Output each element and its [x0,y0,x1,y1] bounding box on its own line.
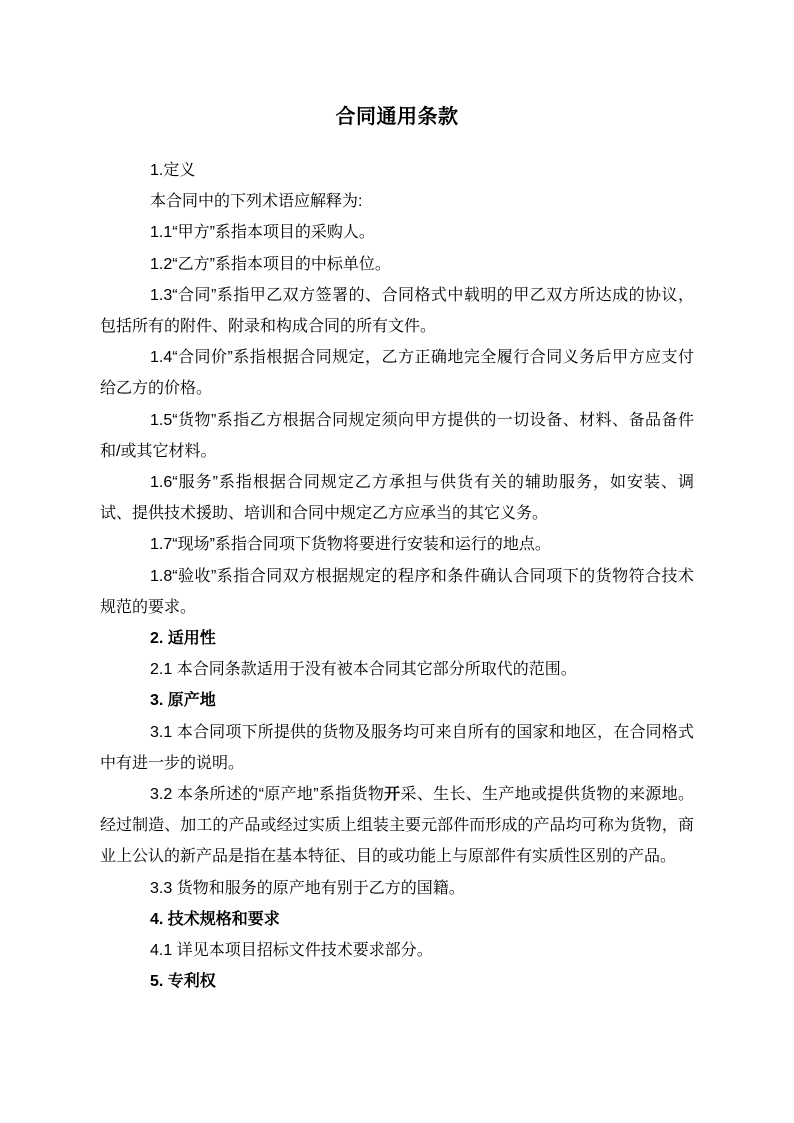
paragraph: 1.4“合同价”系指根据合同规定，乙方正确地完全履行合同义务后甲方应支付给乙方的… [100,342,694,404]
paragraph: 5. 专利权 [100,966,694,997]
document-title: 合同通用条款 [100,101,694,133]
paragraph: 3. 原产地 [100,685,694,716]
text-run: 1.3“合同”系指甲乙双方签署的、合同格式中载明的甲乙双方所达成的协议，包括所有… [100,287,694,335]
paragraph: 1.5“货物”系指乙方根据合同规定须向甲方提供的一切设备、材料、备品备件和/或其… [100,405,694,467]
paragraph: 1.3“合同”系指甲乙双方签署的、合同格式中载明的甲乙双方所达成的协议，包括所有… [100,280,694,342]
paragraph: 1.8“验收”系指合同双方根据规定的程序和条件确认合同项下的货物符合技术规范的要… [100,561,694,623]
paragraph: 1.1“甲方”系指本项目的采购人。 [100,217,694,248]
text-run: 3.3 货物和服务的原产地有别于乙方的国籍。 [150,880,465,897]
text-run: 1.6“服务”系指根据合同规定乙方承担与供货有关的辅助服务，如安装、调试、提供技… [100,474,694,522]
text-run: 2.1 本合同条款适用于没有被本合同其它部分所取代的范围。 [150,661,577,678]
paragraph: 2.1 本合同条款适用于没有被本合同其它部分所取代的范围。 [100,654,694,685]
text-run: 本合同中的下列术语应解释为: [150,193,362,210]
text-run: 1.8“验收”系指合同双方根据规定的程序和条件确认合同项下的货物符合技术规范的要… [100,568,694,616]
document-body: 1.定义本合同中的下列术语应解释为:1.1“甲方”系指本项目的采购人。1.2“乙… [100,155,694,997]
text-run: 1.4“合同价”系指根据合同规定，乙方正确地完全履行合同义务后甲方应支付给乙方的… [100,349,694,397]
paragraph: 3.3 货物和服务的原产地有别于乙方的国籍。 [100,873,694,904]
bold-text-run: 4. 技术规格和要求 [150,911,280,928]
paragraph: 3.2 本条所述的“原产地”系指货物开采、生长、生产地或提供货物的来源地。经过制… [100,779,694,873]
paragraph: 1.定义 [100,155,694,186]
text-run: 1.7“现场”系指合同项下货物将要进行安装和运行的地点。 [150,536,551,553]
paragraph: 4.1 详见本项目招标文件技术要求部分。 [100,935,694,966]
bold-text-run: 5. 专利权 [150,973,216,990]
paragraph: 3.1 本合同项下所提供的货物及服务均可来自所有的国家和地区，在合同格式中有进一… [100,717,694,779]
paragraph: 1.7“现场”系指合同项下货物将要进行安装和运行的地点。 [100,529,694,560]
bold-text-run: 2. 适用性 [150,630,216,647]
text-run: 3.2 本条所述的“原产地”系指货物 [150,786,384,803]
text-run: 1.2“乙方”系指本项目的中标单位。 [150,256,391,273]
paragraph: 本合同中的下列术语应解释为: [100,186,694,217]
paragraph: 4. 技术规格和要求 [100,904,694,935]
text-run: 4.1 详见本项目招标文件技术要求部分。 [150,942,433,959]
text-run: 1.1“甲方”系指本项目的采购人。 [150,224,375,241]
text-run: 1.定义 [150,162,195,179]
text-run: 1.5“货物”系指乙方根据合同规定须向甲方提供的一切设备、材料、备品备件和/或其… [100,412,694,460]
bold-text-run: 开 [384,786,400,803]
paragraph: 2. 适用性 [100,623,694,654]
text-run: 3.1 本合同项下所提供的货物及服务均可来自所有的国家和地区，在合同格式中有进一… [100,724,694,772]
bold-text-run: 3. 原产地 [150,692,216,709]
document-page: 合同通用条款 1.定义本合同中的下列术语应解释为:1.1“甲方”系指本项目的采购… [0,0,794,1123]
paragraph: 1.6“服务”系指根据合同规定乙方承担与供货有关的辅助服务，如安装、调试、提供技… [100,467,694,529]
paragraph: 1.2“乙方”系指本项目的中标单位。 [100,249,694,280]
